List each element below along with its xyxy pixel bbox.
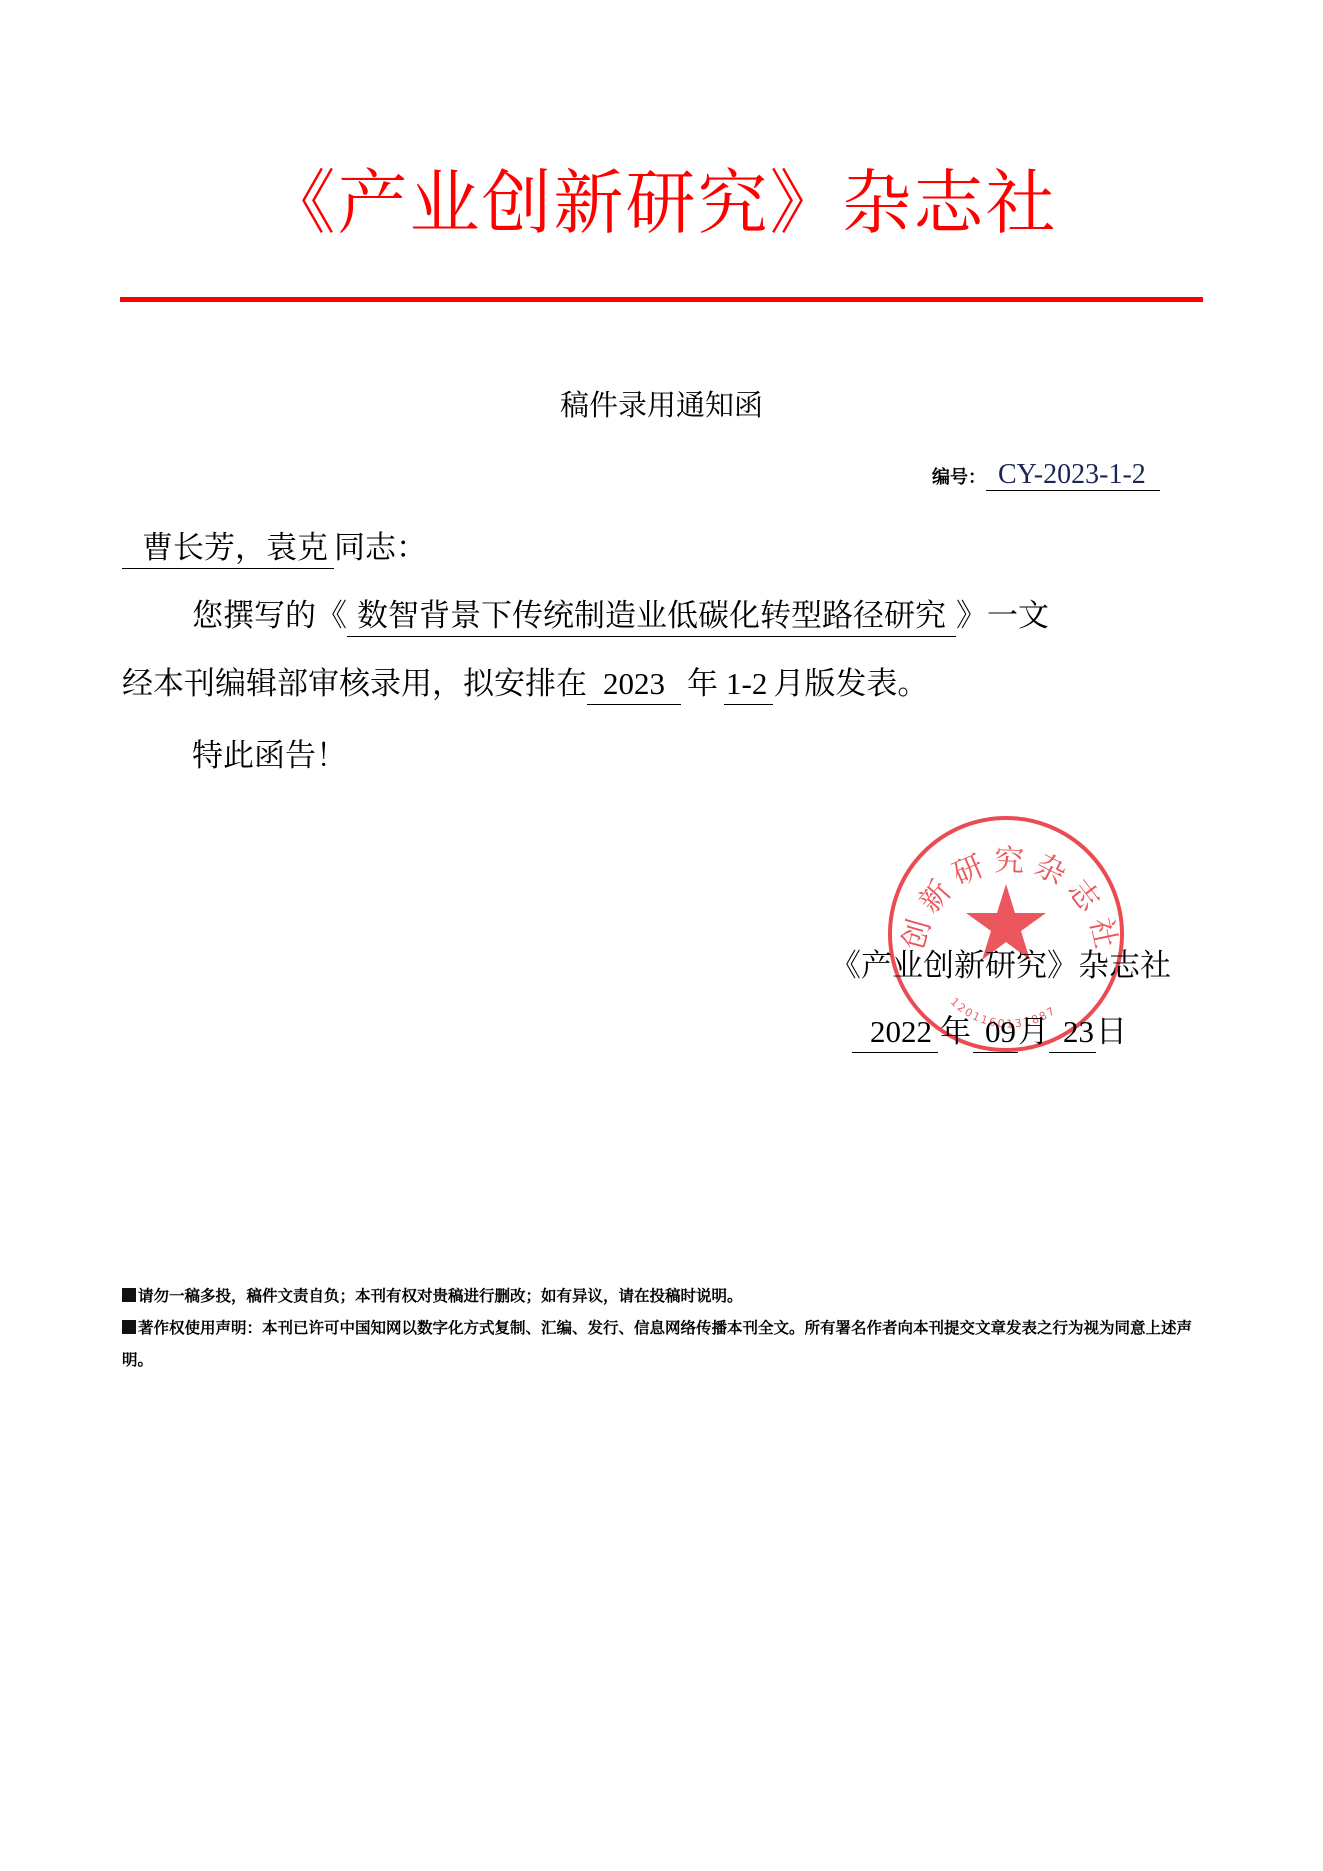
masthead-title: 《产业创新研究》杂志社	[0, 158, 1323, 248]
publication-issue: 1-2	[724, 664, 773, 705]
square-bullet-icon	[122, 1320, 136, 1334]
body-line2-suffix: 月版发表。	[773, 666, 928, 702]
serial-label: 编号：	[932, 467, 986, 488]
document-title: 稿件录用通知函	[0, 385, 1323, 425]
date-month-unit: 月	[1018, 1014, 1049, 1050]
body-line1-suffix: 》一文	[956, 598, 1049, 634]
masthead-red-rule	[120, 297, 1203, 302]
date-year-unit: 年	[938, 1014, 973, 1050]
publication-year: 2023	[587, 664, 681, 705]
body-line-1: 您撰写的《数智背景下传统制造业低碳化转型路径研究》一文	[192, 594, 1049, 638]
date-month: 09	[973, 1012, 1018, 1053]
year-unit: 年	[681, 666, 724, 702]
date-day: 23	[1049, 1012, 1096, 1053]
signature-organization: 《产业创新研究》杂志社	[830, 944, 1171, 988]
notes: 请勿一稿多投，稿件文责自负；本刊有权对贵稿进行删改；如有异议，请在投稿时说明。 …	[122, 1280, 1212, 1376]
body-line-2: 经本刊编辑部审核录用，拟安排在2023年1-2月版发表。	[122, 662, 928, 706]
closing-line: 特此函告！	[192, 734, 347, 778]
note-item: 著作权使用声明：本刊已许可中国知网以数字化方式复制、汇编、发行、信息网络传播本刊…	[122, 1312, 1212, 1376]
serial-number: 编号：CY-2023-1-2	[932, 460, 1160, 494]
salutation-suffix: 同志：	[334, 530, 427, 566]
date-year: 2022	[852, 1012, 938, 1053]
body-line1-prefix: 您撰写的《	[192, 598, 347, 634]
body-line2-prefix: 经本刊编辑部审核录用，拟安排在	[122, 666, 587, 702]
salutation: 曹长芳，袁克同志：	[122, 526, 427, 570]
signature-date: 2022年09月23日	[852, 1010, 1127, 1054]
serial-value: CY-2023-1-2	[986, 460, 1160, 491]
date-day-unit: 日	[1096, 1014, 1127, 1050]
note-item: 请勿一稿多投，稿件文责自负；本刊有权对贵稿进行删改；如有异议，请在投稿时说明。	[122, 1280, 1212, 1312]
article-title: 数智背景下传统制造业低碳化转型路径研究	[347, 596, 956, 637]
square-bullet-icon	[122, 1288, 136, 1302]
author-names: 曹长芳，袁克	[122, 528, 334, 569]
